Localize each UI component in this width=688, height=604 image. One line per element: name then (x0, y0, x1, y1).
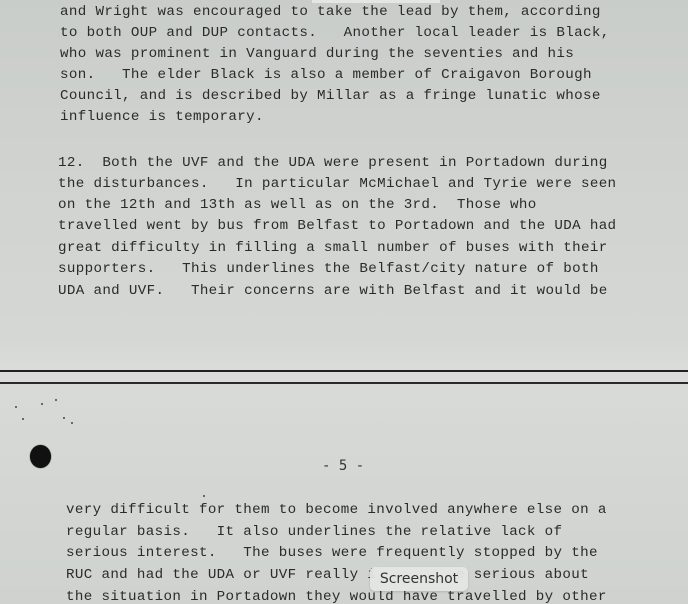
text-line: serious interest. The buses were frequen… (66, 545, 598, 561)
scan-speck (71, 422, 73, 424)
scan-speck (15, 406, 17, 408)
text-line: great difficulty in filling a small numb… (58, 240, 608, 256)
text-line: influence is temporary. (60, 109, 264, 125)
text-line: travelled went by bus from Belfast to Po… (58, 218, 616, 234)
text-line: supporters. This underlines the Belfast/… (58, 261, 599, 277)
text-line: on the 12th and 13th as well as on the 3… (58, 197, 537, 213)
text-line: the situation in Portadown they would ha… (66, 589, 607, 604)
scan-speck (22, 418, 24, 420)
scan-speck (55, 399, 57, 401)
text-line: to both OUP and DUP contacts. Another lo… (60, 25, 610, 41)
text-line: RUC and had the UDA or UVF really i e se… (66, 567, 589, 583)
text-line: Council, and is described by Millar as a… (60, 88, 601, 104)
scan-speck (41, 403, 43, 405)
text-line: regular basis. It also underlines the re… (66, 524, 562, 540)
text-line: very difficult for them to become involv… (66, 502, 607, 518)
text-line: UDA and UVF. Their concerns are with Bel… (58, 283, 608, 299)
page-divider (0, 370, 688, 384)
scan-speck (63, 417, 65, 419)
scanned-page-bottom: - 5 - very difficult for them to become … (0, 384, 688, 604)
text-line: and Wright was encouraged to take the le… (60, 4, 601, 20)
scanned-page-top: and Wright was encouraged to take the le… (0, 0, 688, 370)
text-line: who was prominent in Vanguard during the… (60, 46, 574, 62)
scan-speck (203, 495, 205, 497)
screenshot-tooltip: Screenshot (370, 567, 468, 591)
text-line: the disturbances. In particular McMichae… (58, 176, 616, 192)
punch-hole (30, 445, 51, 468)
text-line: 12. Both the UVF and the UDA were presen… (58, 155, 608, 171)
page-number: - 5 - (322, 458, 364, 474)
text-line: son. The elder Black is also a member of… (60, 67, 592, 83)
top-edge-strip (312, 0, 440, 3)
